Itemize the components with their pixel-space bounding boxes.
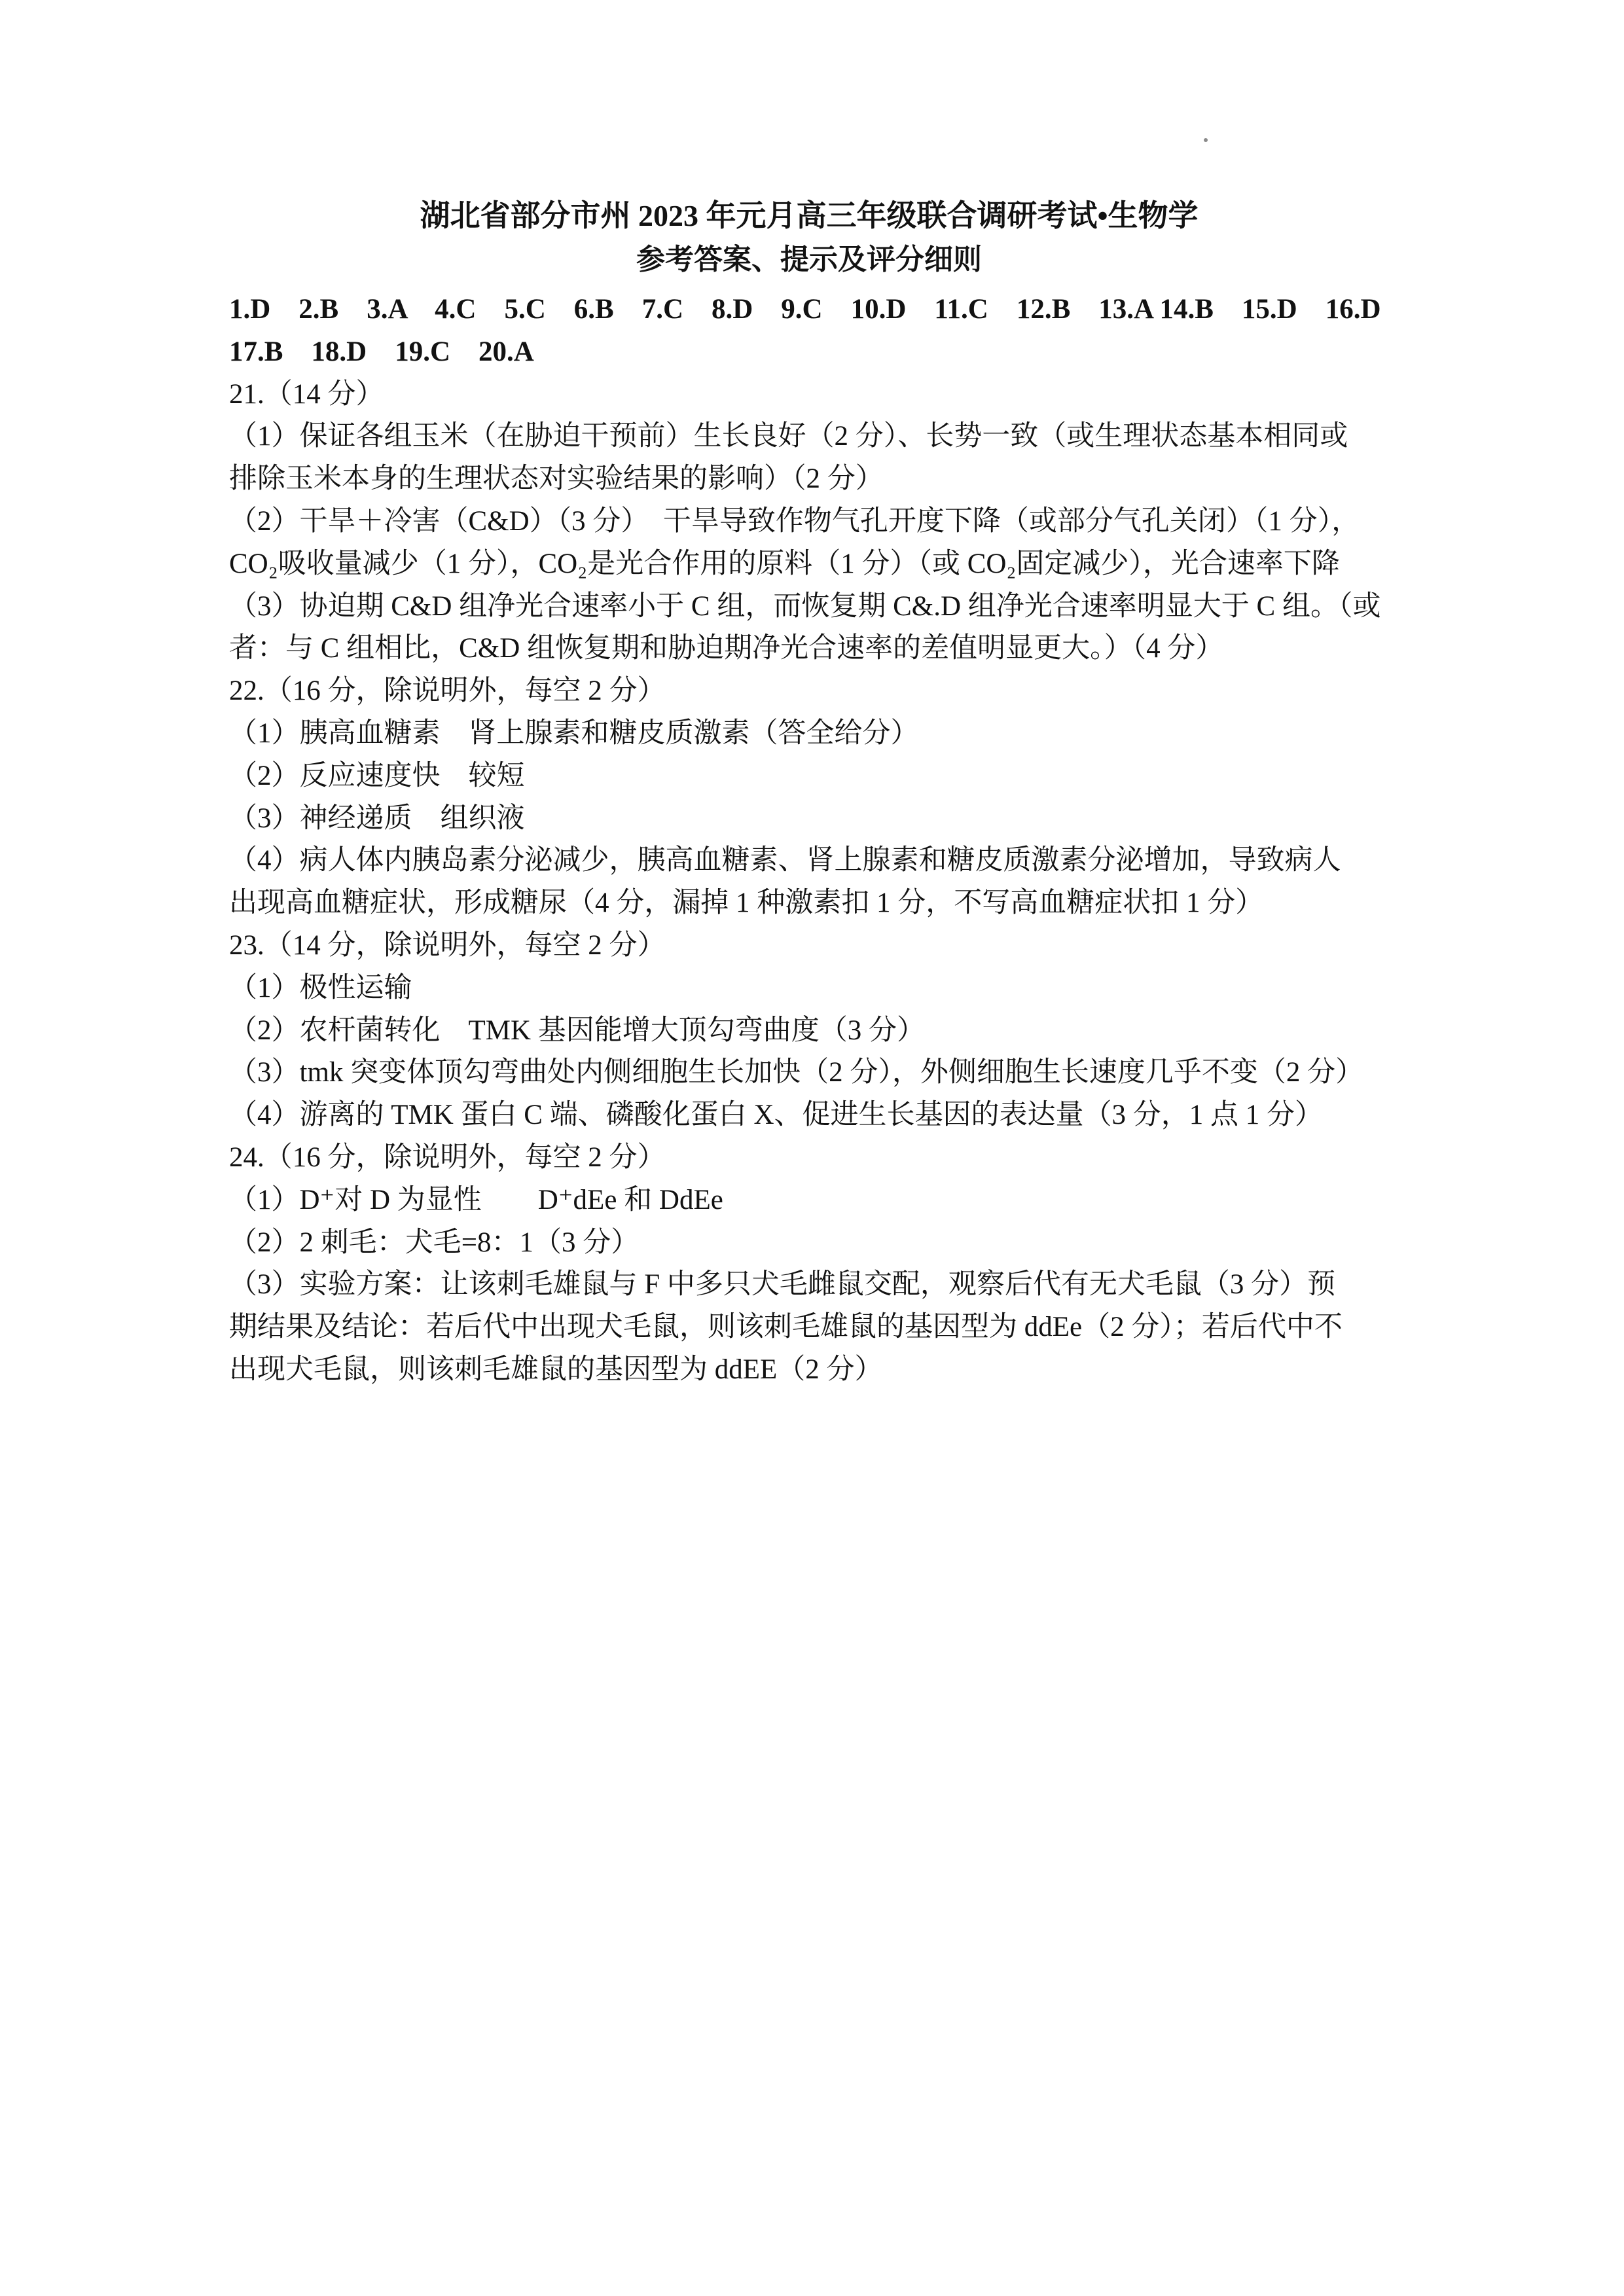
q22-part4-line1: （4）病人体内胰岛素分泌减少，胰高血糖素、肾上腺素和糖皮质激素分泌增加，导致病人 <box>229 840 1407 882</box>
exam-answer-key-page: 湖北省部分市州 2023 年元月高三年级联合调研考试•生物学 参考答案、提示及评… <box>0 0 1624 2296</box>
answer-key-content: 1.D 2.B 3.A 4.C 5.C 6.B 7.C 8.D 9.C 10.D… <box>229 289 1407 1391</box>
section-23-heading: 23.（14 分，除说明外，每空 2 分） <box>229 925 1407 967</box>
q23-part3: （3）tmk 突变体顶勾弯曲处内侧细胞生长加快（2 分），外侧细胞生长速度几乎不… <box>229 1052 1407 1094</box>
objective-answers-row-1: 1.D 2.B 3.A 4.C 5.C 6.B 7.C 8.D 9.C 10.D… <box>229 289 1407 331</box>
q21-part2-line1: （2）干旱＋冷害（C&D）（3 分） 干旱导致作物气孔开度下降（或部分气孔关闭）… <box>229 501 1407 543</box>
q21-part1-line2: 排除玉米本身的生理状态对实验结果的影响）（2 分） <box>229 458 1407 501</box>
q23-part2: （2）农杆菌转化 TMK 基因能增大顶勾弯曲度（3 分） <box>229 1010 1407 1052</box>
q24-part2: （2）2 刺毛：犬毛=8：1（3 分） <box>229 1222 1407 1265</box>
q23-part4: （4）游离的 TMK 蛋白 C 端、磷酸化蛋白 X、促进生长基因的表达量（3 分… <box>229 1094 1407 1137</box>
q24-part3-line1: （3）实验方案：让该刺毛雄鼠与 F 中多只犬毛雌鼠交配，观察后代有无犬毛鼠（3 … <box>229 1264 1407 1306</box>
q22-part1: （1）胰高血糖素 肾上腺素和糖皮质激素（答全给分） <box>229 713 1407 755</box>
objective-answers-row-2: 17.B 18.D 19.C 20.A <box>229 331 1407 374</box>
section-24-heading: 24.（16 分，除说明外，每空 2 分） <box>229 1137 1407 1179</box>
section-22-heading: 22.（16 分，除说明外，每空 2 分） <box>229 670 1407 713</box>
q22-part4-line2: 出现高血糖症状，形成糖尿（4 分，漏掉 1 种激素扣 1 分，不写高血糖症状扣 … <box>229 882 1407 925</box>
q21-part3-line1: （3）协迫期 C&D 组净光合速率小于 C 组，而恢复期 C&.D 组净光合速率… <box>229 586 1407 628</box>
q21-part1-line1: （1）保证各组玉米（在胁迫干预前）生长良好（2 分）、长势一致（或生理状态基本相… <box>229 416 1407 458</box>
q23-part1: （1）极性运输 <box>229 967 1407 1010</box>
q21-part2-line2: CO₂吸收量减少（1 分），CO₂是光合作用的原料（1 分）（或 CO₂固定减少… <box>229 543 1407 586</box>
q24-part3-line3: 出现犬毛鼠，则该刺毛雄鼠的基因型为 ddEE（2 分） <box>229 1349 1407 1391</box>
q24-part1: （1）D⁺对 D 为显性 D⁺dEe 和 DdEe <box>229 1179 1407 1222</box>
page-subtitle: 参考答案、提示及评分细则 <box>229 241 1389 279</box>
page-title: 湖北省部分市州 2023 年元月高三年级联合调研考试•生物学 <box>229 196 1389 236</box>
q22-part2: （2）反应速度快 较短 <box>229 755 1407 798</box>
q24-part3-line2: 期结果及结论：若后代中出现犬毛鼠，则该刺毛雄鼠的基因型为 ddEe（2 分）；若… <box>229 1306 1407 1349</box>
q21-part3-line2: 者：与 C 组相比，C&D 组恢复期和胁迫期净光合速率的差值明显更大。）（4 分… <box>229 628 1407 670</box>
scan-artifact-dot <box>1204 138 1208 142</box>
q22-part3: （3）神经递质 组织液 <box>229 798 1407 840</box>
section-21-heading: 21.（14 分） <box>229 374 1407 416</box>
